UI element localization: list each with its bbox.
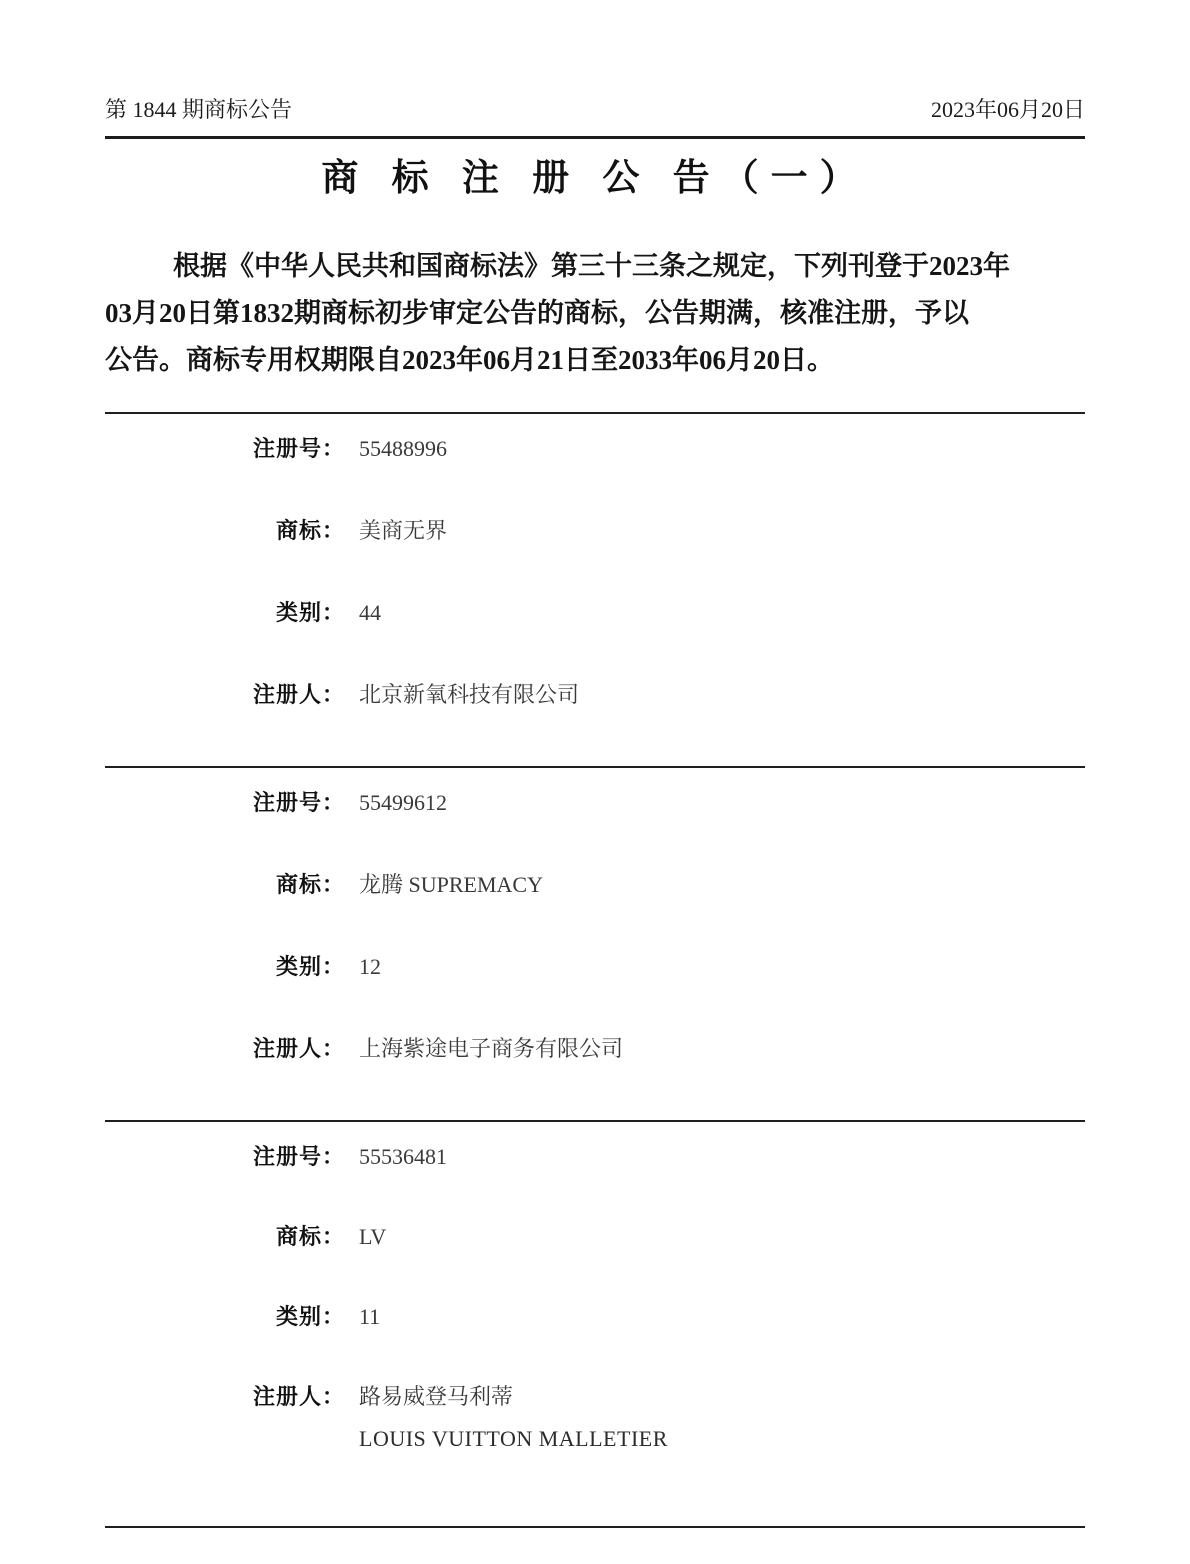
class-label: 类别： <box>105 954 345 980</box>
record-field-row: 类别： 44 <box>105 600 1085 626</box>
record-field-row: 注册人： 上海紫途电子商务有限公司 <box>105 1036 1085 1062</box>
mark-label: 商标： <box>105 872 345 898</box>
mark-value: LV <box>359 1224 386 1250</box>
record-field-row: 商标： 美商无界 <box>105 518 1085 544</box>
class-value: 11 <box>359 1304 380 1330</box>
intro-line-1: 根据《中华人民共和国商标法》第三十三条之规定，下列刊登于2023年 <box>105 243 1085 290</box>
record-field-row: 注册人： 北京新氧科技有限公司 <box>105 682 1085 708</box>
registrant-label: 注册人： <box>105 1384 345 1410</box>
record-field-row: 注册号： 55488996 <box>105 436 1085 462</box>
record-field-row: 注册人： 路易威登马利蒂 LOUIS VUITTON MALLETIER <box>105 1384 1085 1452</box>
registrant-label: 注册人： <box>105 1036 345 1062</box>
registrant-value: 路易威登马利蒂 LOUIS VUITTON MALLETIER <box>359 1384 668 1452</box>
trademark-record-3: 注册号： 55536481 商标： LV 类别： 11 注册人： 路易威登马利蒂… <box>105 1122 1085 1526</box>
registrant-label: 注册人： <box>105 682 345 708</box>
reg-no-label: 注册号： <box>105 1144 345 1170</box>
registrant-cn: 路易威登马利蒂 <box>359 1384 668 1410</box>
reg-no-value: 55536481 <box>359 1144 447 1170</box>
mark-label: 商标： <box>105 518 345 544</box>
gazette-date: 2023年06月20日 <box>931 97 1085 123</box>
mark-value: 美商无界 <box>359 518 447 544</box>
record-field-row: 类别： 11 <box>105 1304 1085 1330</box>
trademark-record-1: 注册号： 55488996 商标： 美商无界 类别： 44 注册人： 北京新氧科… <box>105 414 1085 766</box>
page-header: 第 1844 期商标公告 2023年06月20日 <box>105 97 1085 123</box>
reg-no-value: 55499612 <box>359 790 447 816</box>
reg-no-value: 55488996 <box>359 436 447 462</box>
gazette-issue: 第 1844 期商标公告 <box>105 97 292 123</box>
record-field-row: 商标： 龙腾 SUPREMACY <box>105 872 1085 898</box>
registrant-value: 上海紫途电子商务有限公司 <box>359 1036 623 1062</box>
separator-rule <box>105 1526 1085 1528</box>
class-label: 类别： <box>105 1304 345 1330</box>
trademark-record-2: 注册号： 55499612 商标： 龙腾 SUPREMACY 类别： 12 注册… <box>105 768 1085 1120</box>
header-rule <box>105 136 1085 139</box>
gazette-page: 第 1844 期商标公告 2023年06月20日 商 标 注 册 公 告（一） … <box>0 0 1190 1564</box>
record-field-row: 注册号： 55499612 <box>105 790 1085 816</box>
record-field-row: 注册号： 55536481 <box>105 1144 1085 1170</box>
record-field-row: 类别： 12 <box>105 954 1085 980</box>
class-label: 类别： <box>105 600 345 626</box>
intro-line-2: 03月20日第1832期商标初步审定公告的商标，公告期满，核准注册，予以 <box>105 290 1085 337</box>
reg-no-label: 注册号： <box>105 436 345 462</box>
record-field-row: 商标： LV <box>105 1224 1085 1250</box>
class-value: 12 <box>359 954 381 980</box>
reg-no-label: 注册号： <box>105 790 345 816</box>
mark-label: 商标： <box>105 1224 345 1250</box>
intro-line-3: 公告。商标专用权期限自2023年06月21日至2033年06月20日。 <box>105 337 1085 384</box>
class-value: 44 <box>359 600 381 626</box>
page-title: 商 标 注 册 公 告（一） <box>105 157 1085 201</box>
intro-paragraph: 根据《中华人民共和国商标法》第三十三条之规定，下列刊登于2023年 03月20日… <box>105 243 1085 384</box>
registrant-en: LOUIS VUITTON MALLETIER <box>359 1426 668 1452</box>
registrant-value: 北京新氧科技有限公司 <box>359 682 579 708</box>
mark-value: 龙腾 SUPREMACY <box>359 872 543 898</box>
